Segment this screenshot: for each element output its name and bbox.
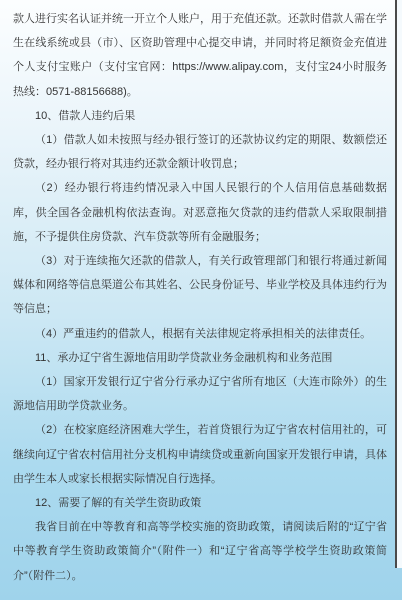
page-edge-strip	[397, 0, 402, 568]
document-content: 款人进行实名认证并统一开立个人账户，用于充值还款。还款时借款人需在学生在线系统或…	[0, 0, 395, 600]
paragraph-11-2: （2）在校家庭经济困难大学生，若首贷银行为辽宁省农村信用社的，可继续向辽宁省农村…	[13, 418, 387, 491]
paragraph-10-4: （4）严重违约的借款人，根据有关法律规定将承担相关的法律责任。	[13, 322, 387, 346]
paragraph-12-1: 我省目前在中等教育和高等学校实施的资助政策，请阅读后附的“辽宁省中等教育学生资助…	[13, 515, 387, 588]
paragraph-10-2: （2）经办银行将违约情况录入中国人民银行的个人信用信息基础数据库，供全国各金融机…	[13, 176, 387, 249]
paragraph-10-3: （3）对于连续拖欠还款的借款人，有关行政管理部门和银行将通过新闻媒体和网络等信息…	[13, 249, 387, 322]
heading-11-lending-institutions: 11、承办辽宁省生源地信用助学贷款业务金融机构和业务范围	[13, 346, 387, 370]
paragraph-11-1: （1）国家开发银行辽宁省分行承办辽宁省所有地区（大连市除外）的生源地信用助学贷款…	[13, 370, 387, 418]
document-page: 款人进行实名认证并统一开立个人账户，用于充值还款。还款时借款人需在学生在线系统或…	[0, 0, 402, 600]
heading-12-aid-policies: 12、需要了解的有关学生资助政策	[13, 491, 387, 515]
heading-10-default-consequences: 10、借款人违约后果	[13, 104, 387, 128]
paragraph-10-1: （1）借款人如未按照与经办银行签订的还款协议约定的期限、数额偿还贷款，经办银行将…	[13, 128, 387, 176]
paragraph-repayment-continued: 款人进行实名认证并统一开立个人账户，用于充值还款。还款时借款人需在学生在线系统或…	[13, 7, 387, 104]
